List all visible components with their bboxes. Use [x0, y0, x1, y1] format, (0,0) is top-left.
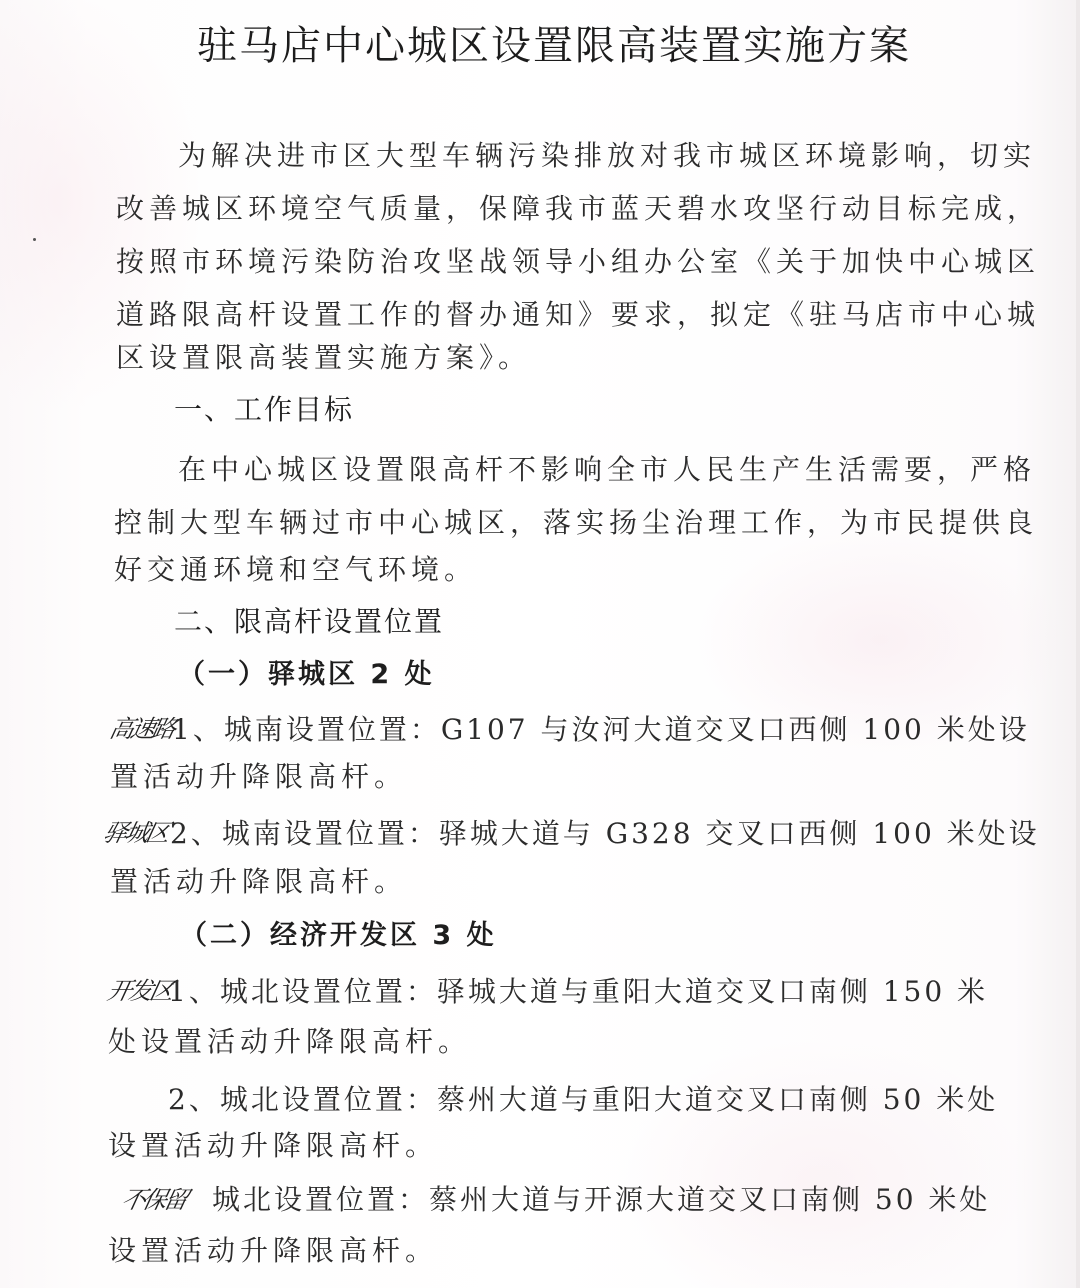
subsection-heading-development-zone: （二）经济开发区 3 处: [180, 916, 497, 956]
subsection-heading-yicheng: （一）驿城区 2 处: [178, 655, 435, 695]
location-item-line: 城北设置位置：蔡州大道与开源大道交叉口南侧 50 米处: [212, 1180, 990, 1220]
page-edge: [1076, 0, 1080, 1288]
intro-line-4: 道路限高杆设置工作的督办通知》要求，拟定《驻马店市中心城: [116, 295, 1040, 335]
intro-line-2: 改善城区环境空气质量，保障我市蓝天碧水攻坚行动目标完成，: [116, 189, 1040, 229]
section-heading-goals: 一、工作目标: [174, 390, 354, 430]
location-item-line: 置活动升降限高杆。: [110, 757, 407, 797]
intro-line-5: 区设置限高装置实施方案》。: [116, 338, 531, 378]
handwritten-annotation: 开发区: [104, 974, 174, 1008]
intro-line-3: 按照市环境污染防治攻坚战领导小组办公室《关于加快中心城区: [116, 242, 1040, 282]
location-item-line: 1、城南设置位置：G107 与汝河大道交叉口西侧 100 米处设: [172, 710, 1030, 750]
location-item-line: 处设置活动升降限高杆。: [108, 1022, 471, 1062]
location-item-line: 2、城北设置位置：蔡州大道与重阳大道交叉口南侧 50 米处: [168, 1080, 998, 1120]
location-item-line: 设置活动升降限高杆。: [108, 1126, 438, 1166]
location-item-line: 2、城南设置位置：驿城大道与 G328 交叉口西侧 100 米处设: [170, 814, 1040, 854]
handwritten-annotation: 不保留: [118, 1183, 188, 1217]
handwritten-annotation: 高速路: [106, 712, 176, 746]
intro-line-1: 为解决进市区大型车辆污染排放对我市城区环境影响，切实: [178, 136, 1036, 176]
location-item-line: 设置活动升降限高杆。: [108, 1231, 438, 1271]
location-item-line: 1、城北设置位置：驿城大道与重阳大道交叉口南侧 150 米: [168, 972, 988, 1012]
goals-line-2: 控制大型车辆过市中心城区，落实扬尘治理工作，为市民提供良: [114, 503, 1038, 543]
speck: [33, 238, 36, 241]
goals-line-1: 在中心城区设置限高杆不影响全市人民生产生活需要，严格: [178, 450, 1036, 490]
goals-line-3: 好交通环境和空气环境。: [114, 550, 477, 590]
section-heading-locations: 二、限高杆设置位置: [174, 602, 444, 642]
handwritten-annotation: 驿城区: [100, 816, 170, 850]
document-title: 驻马店中心城区设置限高装置实施方案: [0, 18, 1080, 74]
location-item-line: 置活动升降限高杆。: [110, 862, 407, 902]
